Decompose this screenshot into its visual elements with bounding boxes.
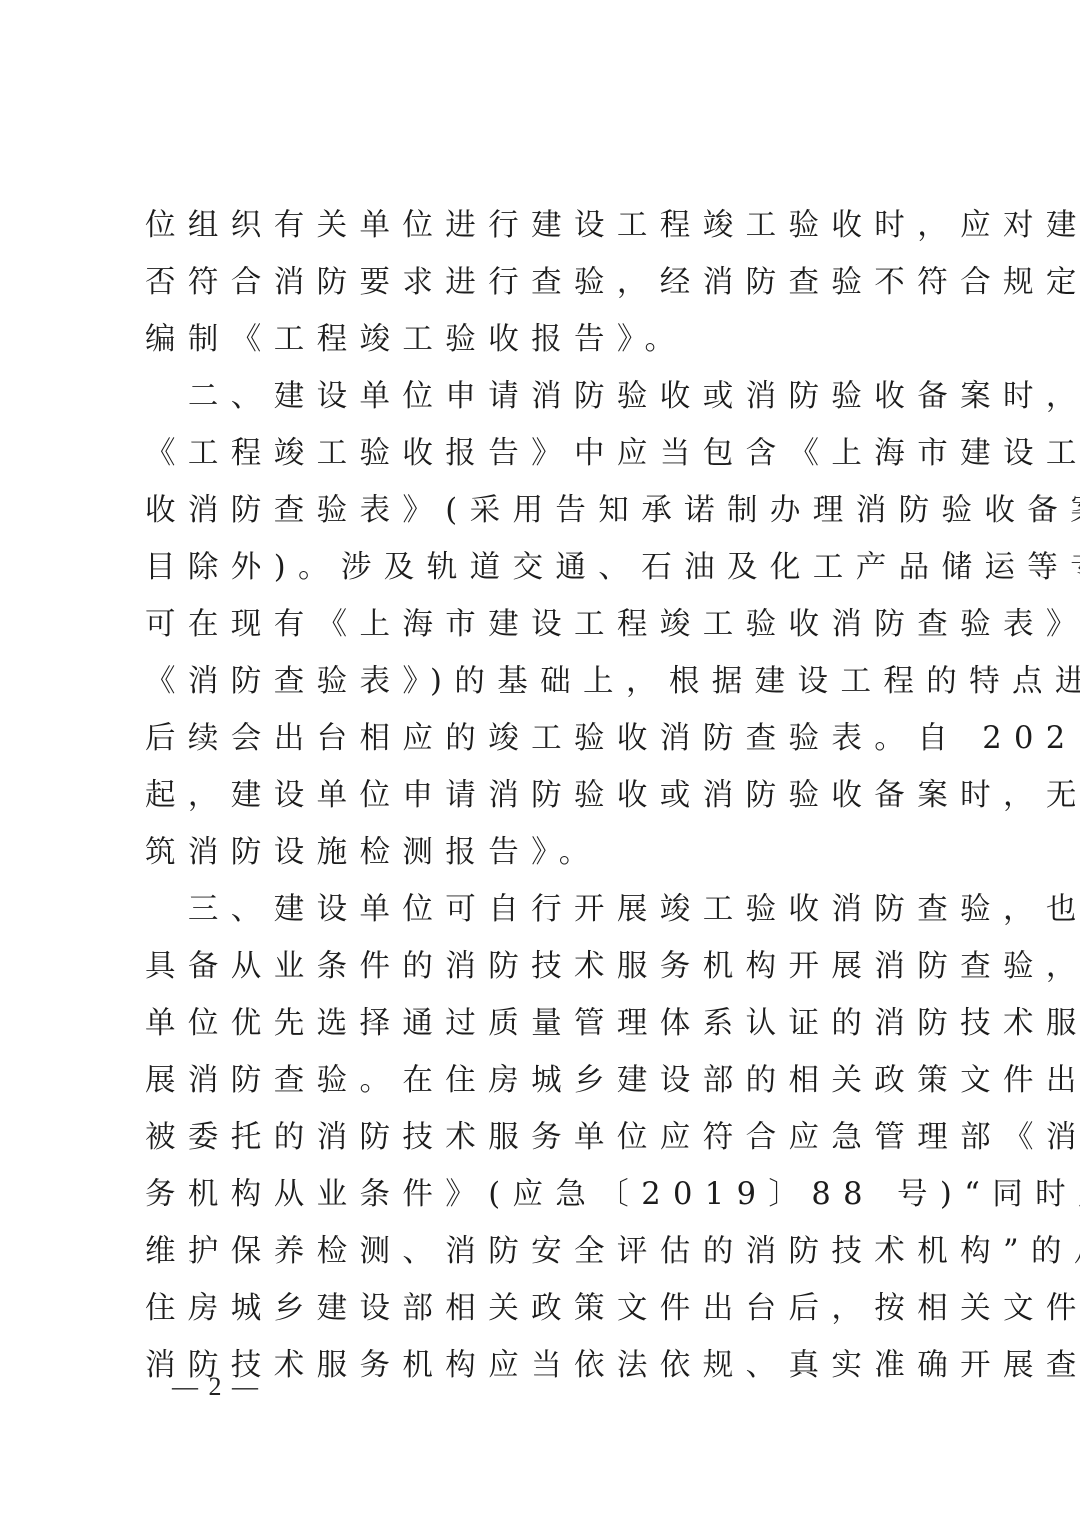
text-line: 《工程竣工验收报告》中应当包含《上海市建设工程竣工验	[145, 430, 940, 487]
text-line: 位组织有关单位进行建设工程竣工验收时，应对建设工程是	[145, 202, 940, 259]
text-line: 筑消防设施检测报告》。	[145, 829, 940, 886]
text-line: 后续会出台相应的竣工验收消防查验表。自 2025 年 4 月 1 日	[145, 715, 940, 772]
page-number: — 2 —	[172, 1372, 260, 1402]
text-line: 务机构从业条件》(应急〔2019〕88 号)“同时从事消防设施	[145, 1171, 940, 1228]
text-line: 《消防查验表》)的基础上，根据建设工程的特点进行增减，	[145, 658, 940, 715]
paragraph-2-heading-line: 二、建设单位申请消防验收或消防验收备案时，提交的	[145, 373, 940, 430]
text-line: 具备从业条件的消防技术服务机构开展消防查验，鼓励建设	[145, 943, 940, 1000]
text-line: 消防技术服务机构应当依法依规、真实准确开展查验工作，	[145, 1342, 940, 1399]
text-line: 起，建设单位申请消防验收或消防验收备案时，无需提交《建	[145, 772, 940, 829]
text-line: 被委托的消防技术服务单位应符合应急管理部《消防技术服	[145, 1114, 940, 1171]
text-line: 收消防查验表》(采用告知承诺制办理消防验收备案的一般项	[145, 487, 940, 544]
document-page: 位组织有关单位进行建设工程竣工验收时，应对建设工程是 否符合消防要求进行查验，经…	[0, 0, 1080, 1526]
text-line: 编制《工程竣工验收报告》。	[145, 316, 940, 373]
text-line: 维护保养检测、消防安全评估的消防技术机构”的从业条件。	[145, 1228, 940, 1285]
text-line: 否符合消防要求进行查验，经消防查验不符合规定的，不得	[145, 259, 940, 316]
text-line: 可在现有《上海市建设工程竣工验收消防查验表》(以下简称	[145, 601, 940, 658]
paragraph-3-heading-line: 三、建设单位可自行开展竣工验收消防查验，也可委托	[145, 886, 940, 943]
text-line: 目除外)。涉及轨道交通、石油及化工产品储运等专业工程等	[145, 544, 940, 601]
document-body: 位组织有关单位进行建设工程竣工验收时，应对建设工程是 否符合消防要求进行查验，经…	[145, 202, 940, 1399]
text-line: 展消防查验。在住房城乡建设部的相关政策文件出台之前，	[145, 1057, 940, 1114]
text-line: 住房城乡建设部相关政策文件出台后，按相关文件要求执行。	[145, 1285, 940, 1342]
text-line: 单位优先选择通过质量管理体系认证的消防技术服务机构开	[145, 1000, 940, 1057]
